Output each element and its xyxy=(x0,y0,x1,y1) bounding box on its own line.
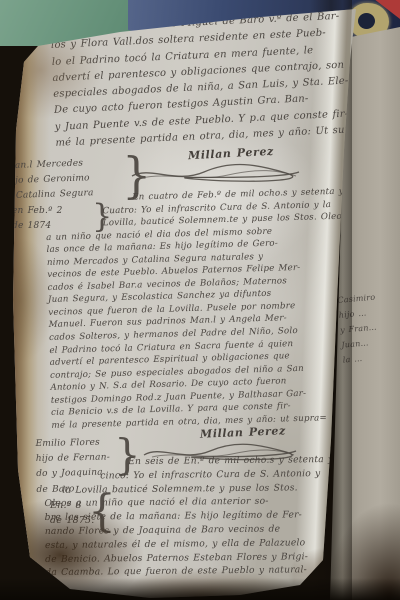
photo-of-parish-register: Casimirohijo …y Fran…Juan…la … Padrinos … xyxy=(0,0,400,600)
entry-emilio-body: En seis de En.º de mil ocho.s y setenta … xyxy=(44,453,349,580)
signature-millan-perez: Millan Perez xyxy=(200,424,286,441)
bottom-shadow xyxy=(0,578,400,600)
entry-manuel-body: En cuatro de Feb.º de mil ocho.s y seten… xyxy=(45,186,355,433)
signature-rubric-icon xyxy=(128,162,303,186)
manuscript-line: cinco: Yo el infrascrito Cura de S. Anto… xyxy=(100,467,348,483)
signature-millan-perez: Millan Perez xyxy=(188,145,274,162)
